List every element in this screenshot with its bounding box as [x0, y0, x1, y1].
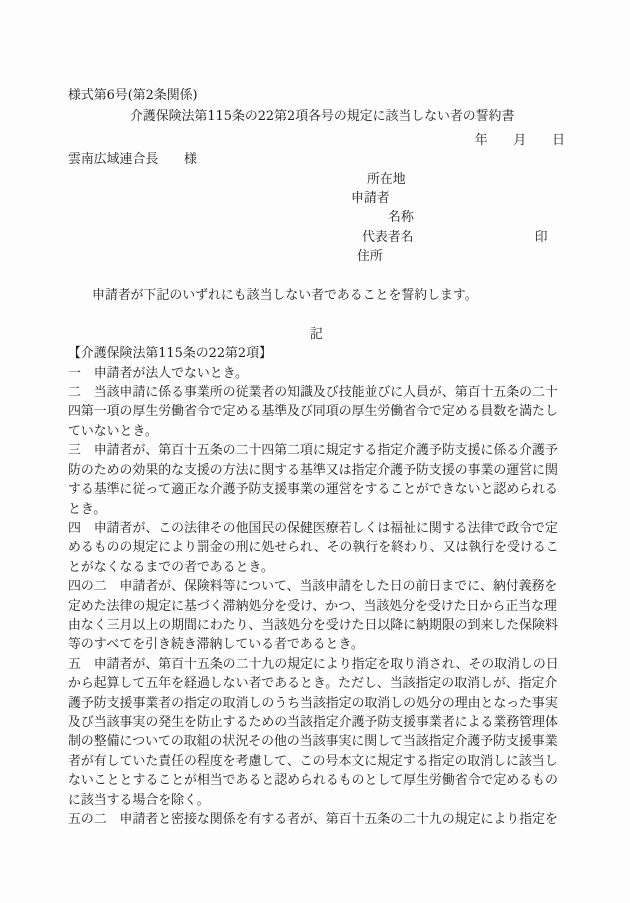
- location-label: 所在地: [68, 170, 565, 189]
- pledge-item-4-2: 四の二 申請者が、保険料等について、当該申請をした日の前日までに、納付義務を 定…: [68, 577, 565, 655]
- pledge-item-5: 五 申請者が、第百十五条の二十九の規定により指定を取り消され、その取消しの日 か…: [68, 655, 565, 810]
- name-label: 名称: [68, 208, 565, 227]
- addressee: 雲南広域連合長 様: [68, 150, 565, 169]
- pledge-items: 一 申請者が法人でないとき。 二 当該申請に係る事業所の従業者の知識及び技能並び…: [68, 364, 565, 830]
- pledge-item-2: 二 当該申請に係る事業所の従業者の知識及び技能並びに人員が、第百十五条の二十 四…: [68, 383, 565, 441]
- applicant-label: 申請者: [68, 189, 565, 208]
- pledge-item-1: 一 申請者が法人でないとき。: [68, 364, 565, 383]
- document-page: 様式第6号(第2条関係) 介護保険法第115条の22第2項各号の規定に該当しない…: [0, 0, 630, 829]
- applicant-block: 所在地 申請者 名称 代表者名印 住所: [68, 170, 565, 267]
- address-label: 住所: [68, 247, 565, 266]
- blank-line: [68, 267, 565, 286]
- pledge-sentence: 申請者が下記のいずれにも該当しない者であることを誓約します。: [68, 286, 565, 305]
- pledge-item-3: 三 申請者が、第百十五条の二十四第二項に規定する指定介護予防支援に係る介護予 防…: [68, 441, 565, 519]
- record-heading: 記: [68, 325, 565, 344]
- date-line: 年 月 日: [68, 131, 565, 150]
- representative-line: 代表者名印: [68, 228, 565, 247]
- form-number: 様式第6号(第2条関係): [68, 86, 565, 105]
- blank-line: [68, 305, 565, 324]
- pledge-item-5-2: 五の二 申請者と密接な関係を有する者が、第百十五条の二十九の規定により指定を: [68, 810, 565, 829]
- law-section-heading: 【介護保険法第115条の22第2項】: [68, 344, 565, 363]
- document-title: 介護保険法第115条の22第2項各号の規定に該当しない者の誓約書: [68, 107, 565, 126]
- seal-label: 印: [535, 228, 548, 247]
- representative-label: 代表者名: [362, 230, 414, 245]
- pledge-item-4: 四 申請者が、この法律その他国民の保健医療若しくは福祉に関する法律で政令で定 め…: [68, 519, 565, 577]
